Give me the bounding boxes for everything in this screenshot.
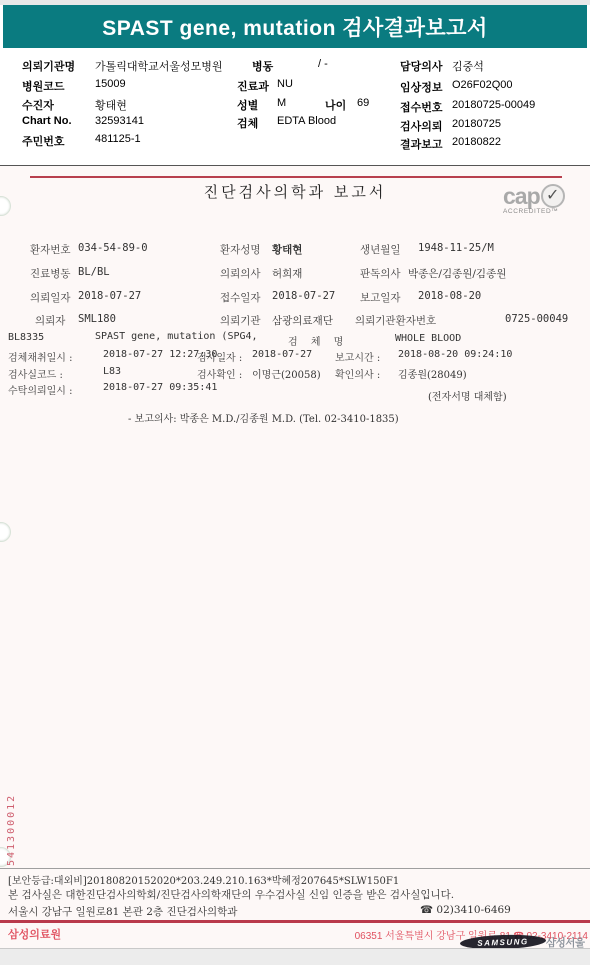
lab-address-line: 서울시 강남구 일원로81 본관 2층 진단검사의학과 <box>8 904 237 919</box>
dept-label: 진료과 <box>237 78 269 94</box>
cap-check-icon: ✓ <box>541 184 565 208</box>
ref-org-patient-no-label: 의뢰기관환자번호 <box>355 313 436 328</box>
cap-accredited-label: ACCREDITED™ <box>503 208 583 215</box>
esign-note: (전자서명 대체함) <box>428 388 507 403</box>
red-rule-top <box>30 176 562 178</box>
hospital-code-value: 15009 <box>95 78 126 90</box>
patient-name-value: 황태현 <box>272 242 302 257</box>
collect-time-label: 검체채취일시 : <box>8 349 73 364</box>
bottom-strip <box>0 948 590 965</box>
sex-value: M <box>277 97 286 109</box>
report-date-value: 2018-08-20 <box>418 290 481 302</box>
lab-code-label: 검사실코드 : <box>8 366 63 381</box>
confirm-doctor-label: 확인의사 : <box>335 366 380 381</box>
clinical-label: 임상정보 <box>400 79 443 95</box>
report-date-label: 보고일자 <box>360 290 401 305</box>
result-date-value: 20180822 <box>452 136 501 148</box>
confirm-doctor-value: 김종원(28049) <box>398 366 467 381</box>
cap-accredited-logo: cap✓ ACCREDITED™ <box>503 184 583 215</box>
lab-report-title: 진단검사의학과 보고서 <box>0 181 590 202</box>
chart-no-label: Chart No. <box>22 115 72 127</box>
receive-date-value: 2018-07-27 <box>272 290 335 302</box>
request-date-label: 의뢰일자 <box>30 290 71 305</box>
order-date-value: 20180725 <box>452 118 501 130</box>
ref-doctor-label: 의뢰의사 <box>220 266 261 281</box>
test-date-value: 2018-07-27 <box>252 349 312 360</box>
age-value: 69 <box>357 97 369 109</box>
hospital-code-label: 병원코드 <box>22 78 65 94</box>
report-banner: SPAST gene, mutation 검사결과보고서 <box>3 5 587 48</box>
report-time-label: 보고시간 : <box>335 349 380 364</box>
footer-top-rule <box>0 868 590 869</box>
patient-no-label: 환자번호 <box>30 242 71 257</box>
lab-report-page: SPAST gene, mutation 검사결과보고서 의뢰기관명 가톨릭대학… <box>0 0 590 965</box>
punch-hole-middle <box>0 522 11 542</box>
report-time-value: 2018-08-20 09:24:10 <box>398 349 512 360</box>
entrust-time-label: 수탁의뢰일시 : <box>8 382 73 397</box>
medical-center-name: 삼성의료원 <box>8 926 61 942</box>
test-date-label: 검사일자 : <box>197 349 242 364</box>
reading-doctor-value: 박종은/김종원/김종원 <box>408 266 506 281</box>
clinical-value: O26F02Q00 <box>452 79 513 91</box>
accreditation-line: 본 검사실은 대한진단검사의학회/진단검사의학재단의 우수검사실 신임 인증을 … <box>8 887 454 902</box>
ref-org-label: 의뢰기관 <box>220 313 261 328</box>
patient-name-label: 환자성명 <box>220 242 261 257</box>
birthdate-label: 생년월일 <box>360 242 401 257</box>
ref-doctor-value: 허희재 <box>272 266 302 281</box>
receipt-value: 20180725-00049 <box>452 99 535 111</box>
result-date-label: 결과보고 <box>400 136 443 152</box>
org-value: 가톨릭대학교서울성모병원 <box>95 58 223 74</box>
receive-date-label: 접수일자 <box>220 290 261 305</box>
lab-phone: ☎ 02)3410-6469 <box>420 904 511 916</box>
doctor-value: 김중석 <box>452 58 484 74</box>
footer-red-rule <box>0 920 590 923</box>
patient-label: 수진자 <box>22 97 54 113</box>
requester-value: SML180 <box>78 313 116 325</box>
test-verify-label: 검사확인 : <box>197 366 242 381</box>
ward-row-value: BL/BL <box>78 266 110 278</box>
reading-doctor-label: 판독의사 <box>360 266 401 281</box>
samsung-logo-text: SAMSUNG <box>477 937 529 948</box>
lab-code-value: L83 <box>103 366 121 377</box>
test-name: SPAST gene, mutation (SPG4, <box>95 331 258 342</box>
order-date-label: 검사의뢰 <box>400 118 443 134</box>
security-line: [보안등급:대외비]20180820152020*203.249.210.163… <box>8 872 399 887</box>
chart-no-value: 32593141 <box>95 115 144 127</box>
requester-label: 의뢰자 <box>35 313 65 328</box>
side-serial-number: 541300012 <box>6 794 17 866</box>
test-code: BL8335 <box>8 332 44 343</box>
patient-no-value: 034-54-89-0 <box>78 242 148 254</box>
specimen-label: 검체 <box>237 115 258 131</box>
age-label: 나이 <box>325 97 346 113</box>
specimen-name-label: 검 체 명 <box>288 333 348 348</box>
doctor-label: 담당의사 <box>400 58 443 74</box>
cap-logo-text: cap <box>503 183 540 209</box>
birthdate-value: 1948-11-25/M <box>418 242 494 254</box>
report-banner-title: SPAST gene, mutation 검사결과보고서 <box>102 12 487 42</box>
request-date-value: 2018-07-27 <box>78 290 141 302</box>
specimen-name-value: WHOLE BLOOD <box>395 333 461 344</box>
patient-value: 황태현 <box>95 97 127 113</box>
ward-label: 병동 <box>252 58 273 74</box>
test-verify-value: 이명근(20058) <box>252 366 321 381</box>
ref-org-value: 삼광의료재단 <box>272 313 333 328</box>
dept-value: NU <box>277 78 293 90</box>
entrust-time-value: 2018-07-27 09:35:41 <box>103 382 217 393</box>
org-label: 의뢰기관명 <box>22 58 75 74</box>
sex-label: 성별 <box>237 97 258 113</box>
rrn-label: 주민번호 <box>22 133 65 149</box>
specimen-value: EDTA Blood <box>277 115 336 127</box>
ref-org-patient-no-value: 0725-00049 <box>505 313 568 325</box>
lab-report-section: 진단검사의학과 보고서 cap✓ ACCREDITED™ 환자번호 034-54… <box>0 166 590 948</box>
reporting-doctor-line: - 보고의사: 박종은 M.D./김종원 M.D. (Tel. 02-3410-… <box>128 410 399 425</box>
ward-row-label: 진료병동 <box>30 266 71 281</box>
rrn-value: 481125-1 <box>95 133 141 145</box>
ward-value: / - <box>318 58 328 70</box>
receipt-label: 접수번호 <box>400 99 443 115</box>
